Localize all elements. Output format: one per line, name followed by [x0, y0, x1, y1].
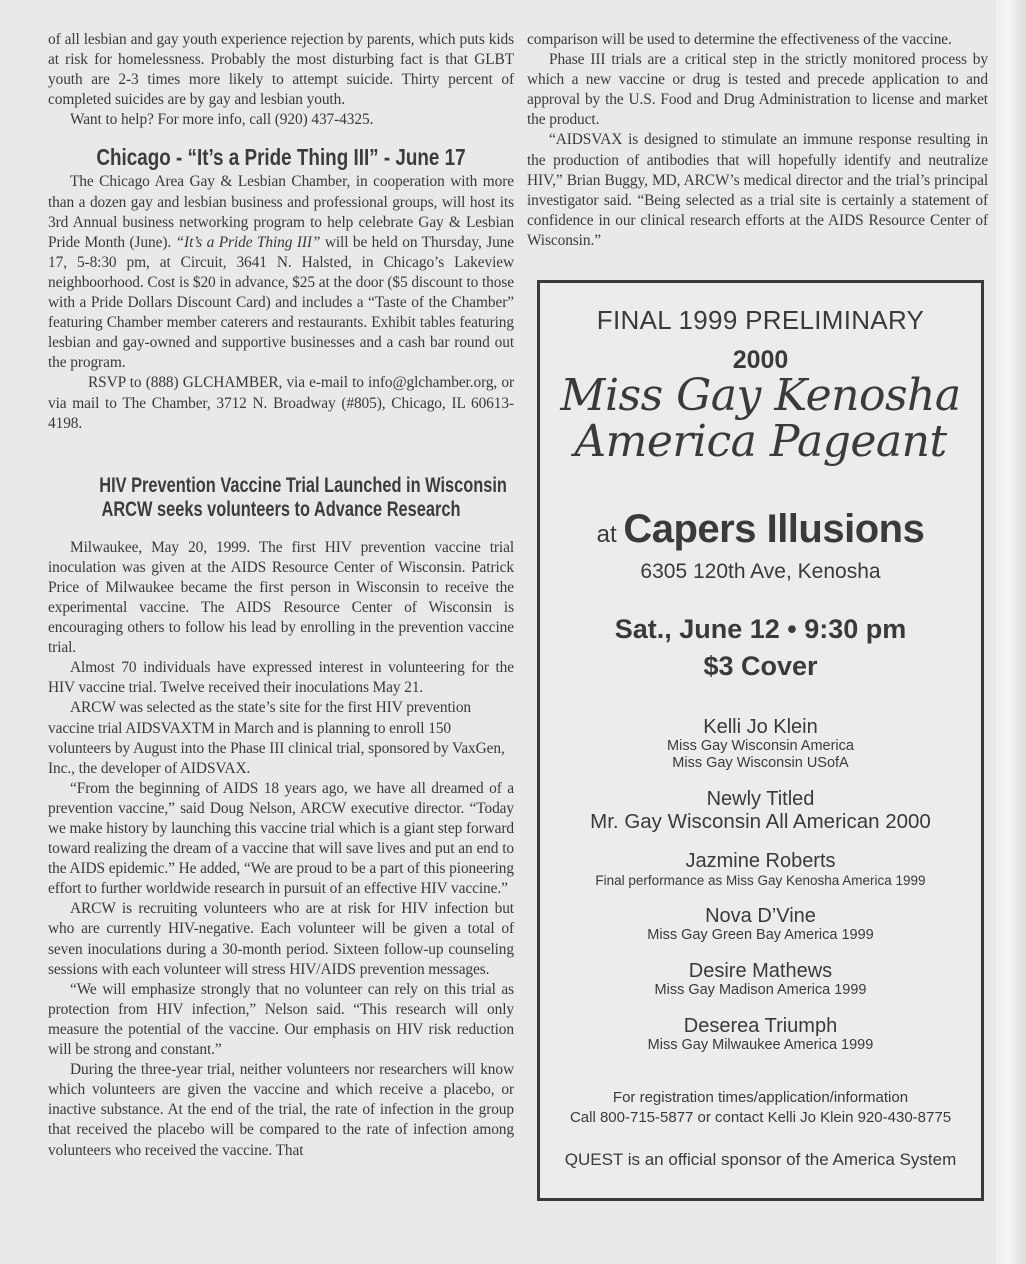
hiv-headline-block: HIV Prevention Vaccine Trial Launched in…	[48, 474, 514, 522]
venue-name: Capers Illusions	[623, 507, 924, 551]
entrant: Deserea Triumph Miss Gay Milwaukee Ameri…	[540, 1015, 981, 1054]
event-name-italic: “It’s a Pride Thing III”	[176, 234, 321, 251]
entrant-name: Newly Titled	[540, 788, 981, 810]
entrant: Jazmine Roberts Final performance as Mis…	[540, 850, 981, 889]
continued-paragraph: Phase III trials are a critical step in …	[527, 50, 988, 130]
hiv-paragraph: ARCW is recruiting volunteers who are at…	[48, 899, 514, 979]
chicago-paragraph: The Chicago Area Gay & Lesbian Chamber, …	[48, 172, 514, 373]
hiv-paragraph: ARCW was selected as the state’s site fo…	[48, 698, 514, 778]
hiv-subheadline: ARCW seeks volunteers to Advance Researc…	[99, 498, 462, 522]
continued-paragraph: comparison will be used to determine the…	[527, 30, 988, 50]
ad-venue: at Capers Illusions	[540, 507, 981, 552]
info-line: Call 800-715-5877 or contact Kelli Jo Kl…	[534, 1108, 987, 1128]
page-edge-shadow	[996, 0, 1026, 1264]
ad-title: Miss Gay Kenosha America Pageant	[540, 373, 981, 465]
entrant-title: Miss Gay Milwaukee America 1999	[540, 1037, 981, 1054]
hiv-headline: HIV Prevention Vaccine Trial Launched in…	[99, 474, 462, 498]
ad-title-line: Miss Gay Kenosha	[540, 373, 981, 419]
intro-help-paragraph: Want to help? For more info, call (920) …	[48, 110, 514, 130]
entrant: Desire Mathews Miss Gay Madison America …	[540, 960, 981, 999]
ad-registration-info: For registration times/application/infor…	[534, 1088, 987, 1128]
entrant-title: Miss Gay Green Bay America 1999	[540, 927, 981, 944]
entrant-list: Kelli Jo Klein Miss Gay Wisconsin Americ…	[540, 716, 981, 1054]
ad-cover-charge: $3 Cover	[540, 651, 981, 682]
chicago-text-b: will be held on Thursday, June 17, 5-8:3…	[48, 234, 514, 372]
chicago-headline: Chicago - “It’s a Pride Thing III” - Jun…	[90, 144, 472, 170]
ad-kicker: FINAL 1999 PRELIMINARY	[540, 305, 981, 336]
entrant-name: Deserea Triumph	[540, 1015, 981, 1037]
ad-sponsor-line: QUEST is an official sponsor of the Amer…	[540, 1150, 981, 1170]
entrant-title: Mr. Gay Wisconsin All American 2000	[532, 810, 989, 834]
entrant: Kelli Jo Klein Miss Gay Wisconsin Americ…	[540, 716, 981, 772]
entrant: Nova D’Vine Miss Gay Green Bay America 1…	[540, 905, 981, 944]
info-line: For registration times/application/infor…	[534, 1088, 987, 1108]
left-column: of all lesbian and gay youth experience …	[48, 30, 514, 1161]
pageant-advertisement: FINAL 1999 PRELIMINARY 2000 Miss Gay Ken…	[537, 280, 984, 1201]
entrant-title: Miss Gay Wisconsin America	[540, 738, 981, 755]
hiv-paragraph: Milwaukee, May 20, 1999. The first HIV p…	[48, 538, 514, 659]
ad-address: 6305 120th Ave, Kenosha	[540, 560, 981, 584]
chicago-rsvp-paragraph: RSVP to (888) GLCHAMBER, via e-mail to i…	[48, 373, 514, 433]
hiv-paragraph: Almost 70 individuals have expressed int…	[48, 658, 514, 698]
hiv-paragraph: During the three-year trial, neither vol…	[48, 1060, 514, 1160]
intro-paragraph: of all lesbian and gay youth experience …	[48, 30, 514, 110]
ad-date: Sat., June 12 • 9:30 pm	[540, 614, 981, 645]
continued-paragraph: “AIDSVAX is designed to stimulate an imm…	[527, 130, 988, 251]
entrant-name: Nova D’Vine	[540, 905, 981, 927]
hiv-paragraph: “From the beginning of AIDS 18 years ago…	[48, 779, 514, 900]
hiv-paragraph: “We will emphasize strongly that no volu…	[48, 980, 514, 1060]
entrant: Newly Titled Mr. Gay Wisconsin All Ameri…	[540, 788, 981, 834]
entrant-title: Final performance as Miss Gay Kenosha Am…	[530, 872, 991, 889]
venue-prefix: at	[597, 521, 617, 548]
entrant-name: Desire Mathews	[540, 960, 981, 982]
entrant-name: Jazmine Roberts	[540, 850, 981, 872]
entrant-name: Kelli Jo Klein	[540, 716, 981, 738]
right-column: comparison will be used to determine the…	[527, 30, 988, 251]
ad-title-line: America Pageant	[540, 419, 981, 465]
entrant-title: Miss Gay Madison America 1999	[540, 982, 981, 999]
entrant-title: Miss Gay Wisconsin USofA	[540, 755, 981, 772]
